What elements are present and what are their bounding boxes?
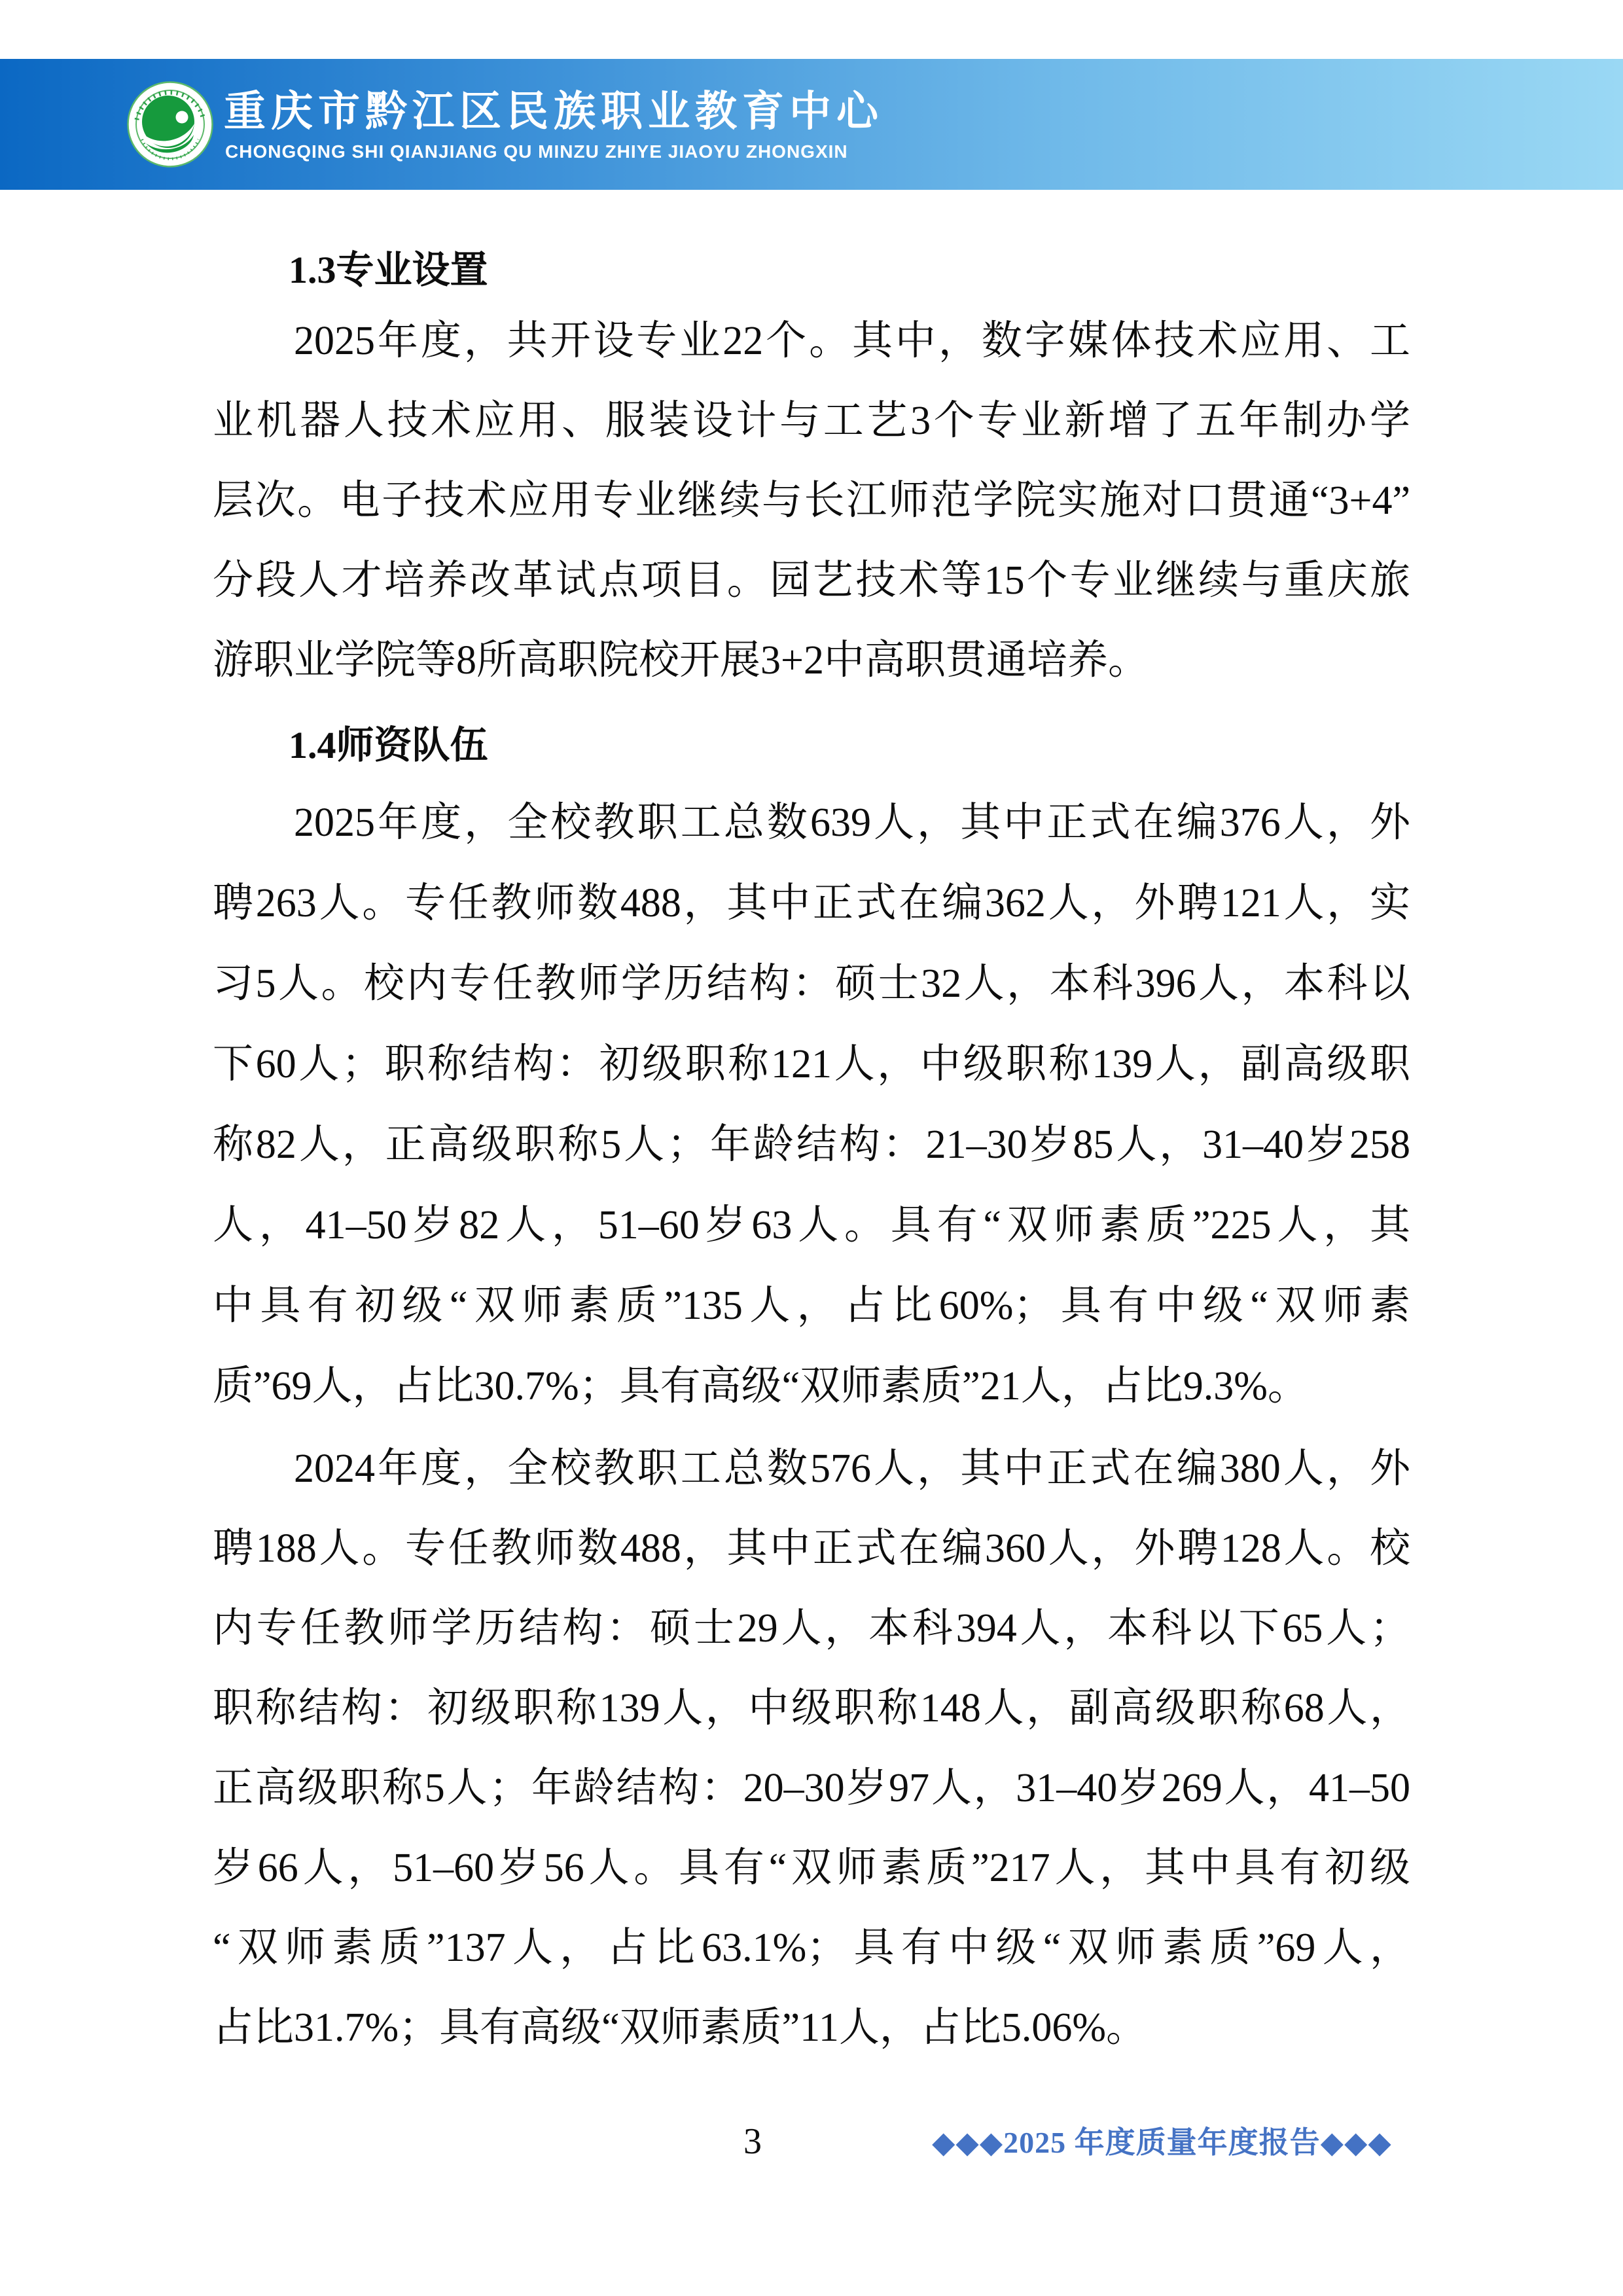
paragraph-majors: 2025年度，共开设专业22个。其中，数字媒体技术应用、工业机器人技术应用、服装… [213, 301, 1410, 700]
footer-report-label: ◆◆◆2025 年度质量年度报告◆◆◆ [932, 2125, 1455, 2161]
text-line: 习5人。校内专任教师学历结构：硕士32人，本科396人，本科以 [213, 944, 1410, 1024]
section-heading-1-4: 1.4师资队伍 [213, 706, 1410, 785]
school-emblem-icon [126, 81, 214, 168]
text-line: 游职业学院等8所高职院校开展3+2中高职贯通培养。 [213, 620, 1410, 700]
school-name-chinese: 重庆市黔江区民族职业教育中心 [224, 84, 883, 139]
text-line: 职称结构：初级职称139人，中级职称148人，副高级职称68人， [213, 1668, 1410, 1748]
text-line: 正高级职称5人；年龄结构：20–30岁97人，31–40岁269人，41–50 [213, 1748, 1410, 1828]
text-line: 岁66人，51–60岁56人。具有“双师素质”217人，其中具有初级 [213, 1828, 1410, 1908]
text-line: 层次。电子技术应用专业继续与长江师范学院实施对口贯通“3+4” [213, 461, 1410, 541]
section-heading-1-3: 1.3专业设置 [213, 230, 1410, 310]
paragraph-faculty-2024: 2024年度，全校教职工总数576人，其中正式在编380人，外聘188人。专任教… [213, 1429, 1410, 2068]
text-line: 人，41–50岁82人，51–60岁63人。具有“双师素质”225人，其 [213, 1185, 1410, 1266]
text-line: 2025年度，共开设专业22个。其中，数字媒体技术应用、工 [213, 301, 1410, 381]
text-line: 质”69人，占比30.7%；具有高级“双师素质”21人，占比9.3%。 [213, 1346, 1410, 1427]
text-line: 2025年度，全校教职工总数639人，其中正式在编376人，外 [213, 783, 1410, 863]
text-line: 业机器人技术应用、服装设计与工艺3个专业新增了五年制办学 [213, 381, 1410, 461]
text-line: 分段人才培养改革试点项目。园艺技术等15个专业继续与重庆旅 [213, 541, 1410, 620]
text-line: 称82人，正高级职称5人；年龄结构：21–30岁85人，31–40岁258 [213, 1105, 1410, 1185]
text-line: 下60人；职称结构：初级职称121人，中级职称139人，副高级职 [213, 1024, 1410, 1105]
text-line: 聘263人。专任教师数488，其中正式在编362人，外聘121人，实 [213, 863, 1410, 944]
page-number: 3 [654, 2121, 851, 2162]
text-line: “双师素质”137人，占比63.1%；具有中级“双师素质”69人， [213, 1908, 1410, 1988]
text-line: 占比31.7%；具有高级“双师素质”11人，占比5.06%。 [213, 1988, 1410, 2068]
document-page: 重庆市黔江区民族职业教育中心 CHONGQING SHI QIANJIANG Q… [0, 0, 1623, 2296]
paragraph-faculty-2025: 2025年度，全校教职工总数639人，其中正式在编376人，外聘263人。专任教… [213, 783, 1410, 1427]
text-line: 2024年度，全校教职工总数576人，其中正式在编380人，外 [213, 1429, 1410, 1509]
text-line: 中具有初级“双师素质”135人，占比60%；具有中级“双师素 [213, 1266, 1410, 1346]
school-name-latin: CHONGQING SHI QIANJIANG QU MINZU ZHIYE J… [225, 139, 848, 165]
header-band: 重庆市黔江区民族职业教育中心 CHONGQING SHI QIANJIANG Q… [0, 59, 1623, 190]
text-line: 聘188人。专任教师数488，其中正式在编360人，外聘128人。校 [213, 1509, 1410, 1588]
text-line: 内专任教师学历结构：硕士29人，本科394人，本科以下65人； [213, 1588, 1410, 1668]
